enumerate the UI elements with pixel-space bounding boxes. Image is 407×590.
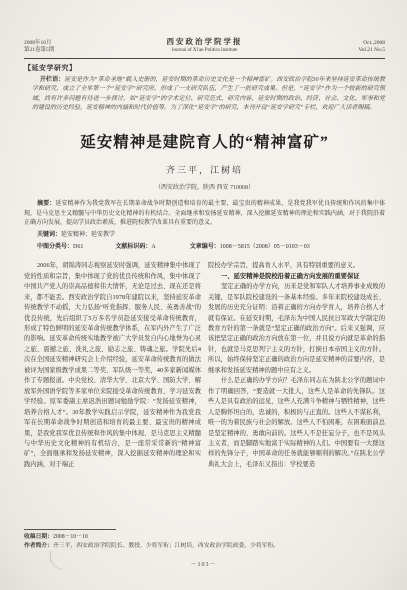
header-date-volume: 2008年10月 第21卷第5期 [24,40,104,55]
classification-line: 中图分类号：D61 文献标识码：A 文章编号：1008－5815（2008）05… [24,243,385,253]
header-issue-en: Oct.,2008 Vol.21 No.5 [305,40,385,55]
received-date: 2008－10－10 [53,534,88,540]
article-authors: 齐三平，江树培 [24,163,385,176]
body-columns: 2006年，胡锦涛同志视察延安时强调，延安精神集中体现了党的性质和宗旨，集中体现… [24,261,385,470]
editor-note: 开栏语：延安是作为“革命圣地”载入史册的，延安时期的革命历史文化是一个精神富矿。… [32,76,385,114]
journal-title-cn: 西安政治学院学报 [104,38,305,46]
article-id-item: 文章编号：1008－5815（2008）05－0103－03 [190,243,310,253]
keywords-text: 延安精神；延安教学 [61,232,115,238]
header-issue-vol: Vol.21 No.5 [305,47,385,55]
footnote-block: 收稿日期：2008－10－10 作者简介：齐三平，西安政治学院院长、教授，少将军… [24,529,385,552]
editor-note-text: 延安是作为“革命圣地”载入史册的，延安时期的革命历史文化是一个精神富矿。西安政治… [32,77,385,112]
clc-value: D61 [73,244,83,250]
editor-note-label: 开栏语： [40,77,64,83]
clc-label: 中图分类号： [37,244,73,250]
journal-title-block: 西安政治学院学报 Journal of Xi'an Politics Insti… [104,38,305,55]
section-1-paragraph-1: 坚定正确的办学方向，历来是党和军队人才培养事业成败的关键，是军队院校建设的一条基… [208,282,385,376]
body-column-right: 院校办学宗旨，提高育人水平，具有特别重要的意义。 一、延安精神是院校沿着正确方向… [208,261,385,470]
doc-code-label: 文献标识码： [115,244,151,250]
abstract: 摘要：延安精神作为我党我军在长期革命战争时期创造和培育的最主要、最宝贵的精神成果… [24,200,385,229]
section-tag: 【延安学研究】 [24,63,385,73]
journal-header: 2008年10月 第21卷第5期 西安政治学院学报 Journal of Xi'… [24,38,385,55]
column-opening-note: 【延安学研究】 开栏语：延安是作为“革命圣地”载入史册的，延安时期的革命历史文化… [24,63,385,114]
doc-code-item: 文献标识码：A [115,243,155,253]
article-id-value: 1008－5815（2008）05－0103－03 [220,244,310,250]
bio-label: 作者简介： [24,543,53,549]
received-date-line: 收稿日期：2008－10－10 [24,533,385,543]
keywords-label: 关键词： [37,232,61,238]
header-date: 2008年10月 [24,40,104,48]
received-label: 收稿日期： [24,534,53,540]
header-volume-issue: 第21卷第5期 [24,47,104,55]
header-divider [24,58,385,59]
abstract-label: 摘要： [37,201,55,207]
doc-code-value: A [151,244,155,250]
body-paragraph: 2006年，胡锦涛同志视察延安时强调，延安精神集中体现了党的性质和宗旨，集中体现… [24,261,201,470]
clc-item: 中图分类号：D61 [37,243,83,253]
section-1-heading: 一、延安精神是院校沿着正确方向发展的重要保证 [208,272,385,282]
page-number: －103－ [0,559,407,568]
footnote-divider [24,529,116,530]
article-id-label: 文章编号： [190,244,220,250]
journal-title-en: Journal of Xi'an Politics Institute [104,47,305,55]
author-bio-line: 作者简介：齐三平，西安政治学院院长、教授，少将军衔；江树培，西安政治学院政委，少… [24,542,385,552]
article-affiliation: （西安政治学院，陕西 西安 710068） [24,182,385,191]
abstract-text: 延安精神作为我党我军在长期革命战争时期创造和培育的最主要、最宝贵的精神成果，是我… [24,201,385,227]
body-paragraph-continuation: 院校办学宗旨，提高育人水平，具有特别重要的意义。 [208,261,385,271]
bio-text: 齐三平，西安政治学院院长、教授，少将军衔；江树培，西安政治学院政委，少将军衔。 [53,543,279,549]
keywords-line: 关键词：延安精神；延安教学 [24,231,385,241]
header-issue-month: Oct.,2008 [305,40,385,48]
body-column-left: 2006年，胡锦涛同志视察延安时强调，延安精神集中体现了党的性质和宗旨，集中体现… [24,261,201,470]
section-1-paragraph-2: 什么是正确的办学方向？毛泽东同志在为陕北公学的题词中作了明确回答，“要造就一大批… [208,376,385,470]
article-title: 延安精神是建院育人的“精神富矿” [24,130,385,152]
journal-scan-page: 2008年10月 第21卷第5期 西安政治学院学报 Journal of Xi'… [0,0,407,590]
